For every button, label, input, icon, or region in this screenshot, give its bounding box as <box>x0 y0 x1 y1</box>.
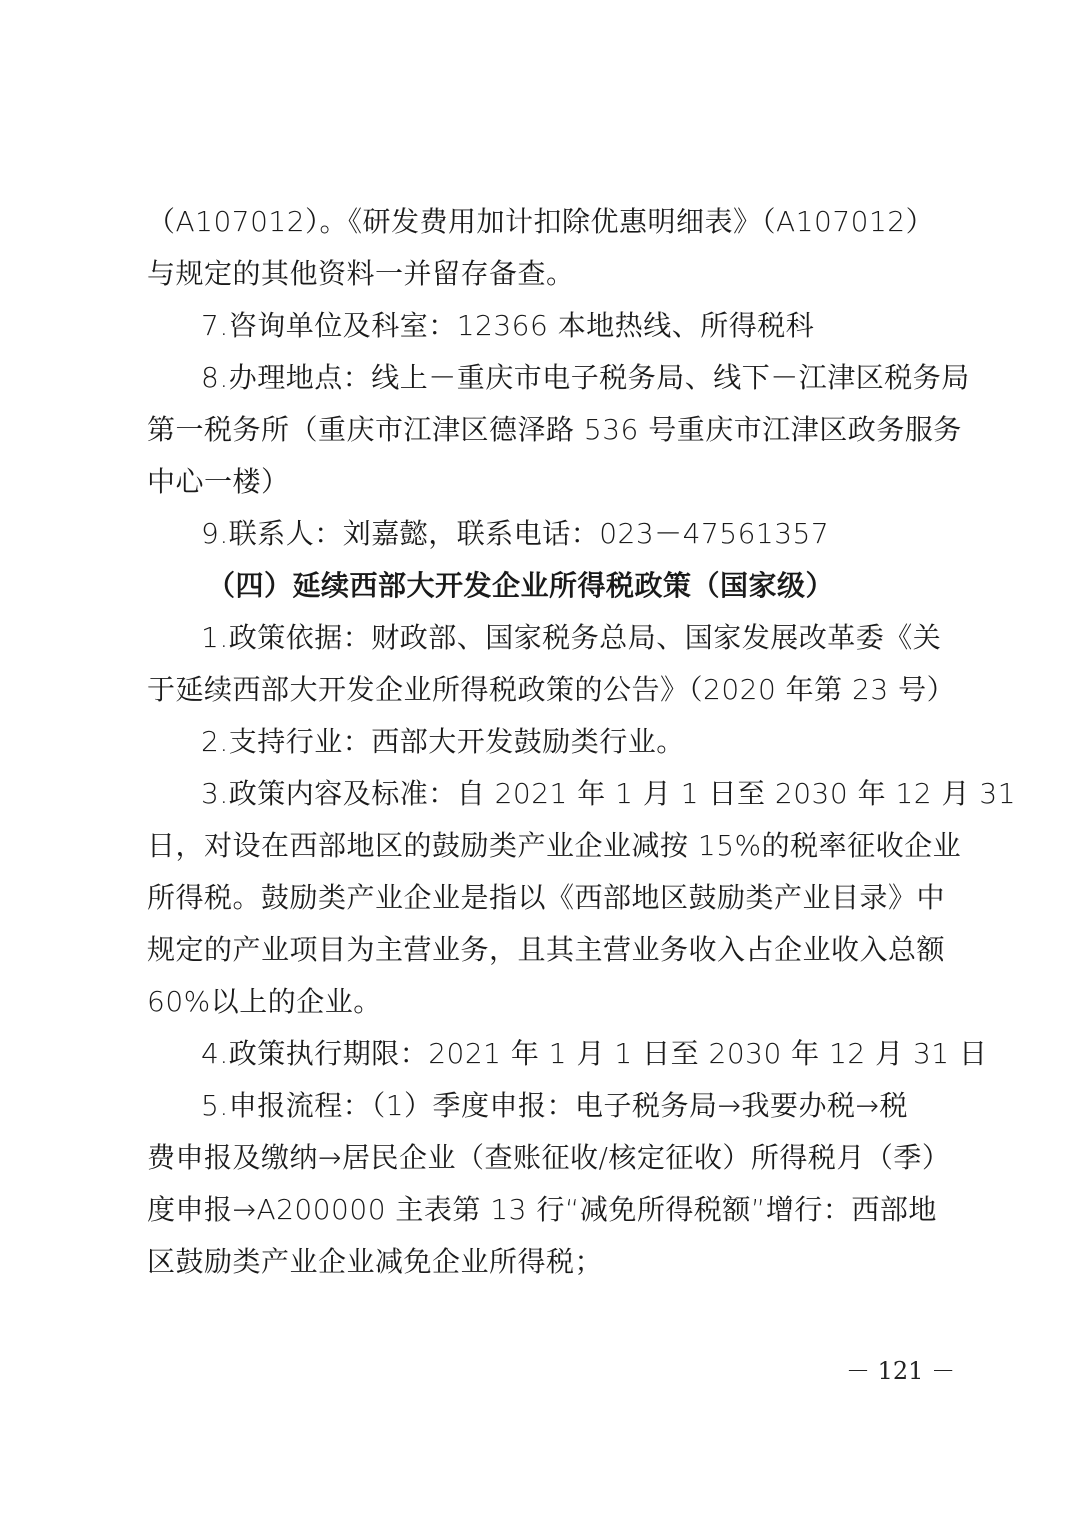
item-policy-basis: 1.政策依据：财政部、国家税务总局、国家发展改革委《关 <box>201 612 941 664</box>
text-line: 所得税。鼓励类产业企业是指以《西部地区鼓励类产业目录》中 <box>147 872 945 924</box>
section-heading: （四）延续西部大开发企业所得税政策（国家级） <box>207 560 834 612</box>
text-line: 第一税务所（重庆市江津区德泽路 536 号重庆市江津区政务服务 <box>147 404 962 456</box>
item-filing-process: 5.申报流程：（1）季度申报：电子税务局→我要办税→税 <box>201 1080 908 1132</box>
text-line: 区鼓励类产业企业减免企业所得税； <box>147 1236 603 1288</box>
text-line: 中心一楼） <box>147 456 290 508</box>
text-line: 度申报→A200000 主表第 13 行“减免所得税额”增行：西部地 <box>147 1184 937 1236</box>
item-supported-industry: 2.支持行业：西部大开发鼓励类行业。 <box>201 716 685 768</box>
text-line: 费申报及缴纳→居民企业（查账征收/核定征收）所得税月（季） <box>147 1132 950 1184</box>
text-line: 与规定的其他资料一并留存备查。 <box>147 248 575 300</box>
item-contact: 9.联系人：刘嘉懿，联系电话：023－47561357 <box>201 508 829 560</box>
text-line: 规定的产业项目为主营业务，且其主营业务收入占企业收入总额 <box>147 924 945 976</box>
text-line: 于延续西部大开发企业所得税政策的公告》（2020 年第 23 号） <box>147 664 955 716</box>
item-policy-period: 4.政策执行期限：2021 年 1 月 1 日至 2030 年 12 月 31 … <box>201 1028 988 1080</box>
text-line: （A107012）。《研发费用加计扣除优惠明细表》（A107012） <box>147 196 934 248</box>
text-line: 日，对设在西部地区的鼓励类产业企业减按 15%的税率征收企业 <box>147 820 961 872</box>
text-line: 60%以上的企业。 <box>147 976 382 1028</box>
item-policy-content: 3.政策内容及标准：自 2021 年 1 月 1 日至 2030 年 12 月 … <box>201 768 1016 820</box>
page-number: － 121 － <box>846 1351 955 1386</box>
item-consult-unit: 7.咨询单位及科室：12366 本地热线、所得税科 <box>201 300 814 352</box>
item-location: 8.办理地点：线上－重庆市电子税务局、线下－江津区税务局 <box>201 352 970 404</box>
